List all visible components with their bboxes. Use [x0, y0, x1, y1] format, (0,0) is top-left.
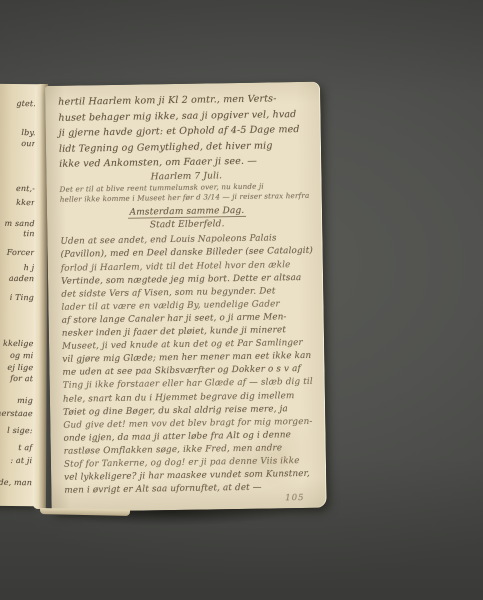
cut-off-text-fragment: ent,- — [16, 184, 35, 193]
handwriting-line: men i øvrigt er Alt saa ufornuftet, at d… — [64, 481, 318, 498]
cut-off-text-fragment: m sand — [5, 219, 35, 228]
cut-off-text-fragment: de, man — [0, 478, 32, 487]
handwritten-text-block: hertil Haarlem kom ji Kl 2 omtr., men Ve… — [45, 82, 327, 512]
cut-off-text-fragment: tin — [23, 229, 34, 238]
cut-off-text-fragment: kker — [16, 198, 35, 207]
cut-off-text-fragment: : at ji — [10, 456, 32, 465]
hotel-heading: Stadt Elberfeld. — [60, 217, 314, 234]
cut-off-text-fragment: og mi — [10, 351, 33, 360]
cut-off-text-fragment: herstaae — [0, 409, 33, 418]
cut-off-text-fragment: kkelige — [3, 339, 34, 348]
cut-off-text-fragment: l sige: — [7, 426, 32, 435]
cut-off-text-fragment: h j — [24, 263, 35, 272]
cut-off-text-fragment: Forcer — [7, 248, 35, 257]
cut-off-text-fragment: mig — [17, 396, 33, 405]
place-heading-text: Amsterdam samme Dag. — [127, 206, 246, 219]
cut-off-text-fragment: t af — [18, 443, 32, 452]
cut-off-text-fragment: lby. — [21, 128, 35, 137]
page-number: 105 — [285, 493, 304, 503]
cut-off-text-fragment: i Ting — [10, 293, 34, 302]
cut-off-text-fragment: our — [21, 139, 35, 148]
photo-backdrop: gtet. lby. our ent,- kker m sand tin For… — [0, 0, 483, 600]
cut-off-text-fragment: for at — [10, 374, 33, 383]
margin-note: Det er til at blive reent tummelumsk ove… — [60, 181, 314, 205]
paragraph-continuation: hertil Haarlem kom ji Kl 2 omtr., men Ve… — [58, 91, 313, 173]
diary-page: hertil Haarlem kom ji Kl 2 omtr., men Ve… — [45, 82, 327, 512]
cut-off-text-fragment: aaden — [9, 274, 34, 283]
cut-off-text-fragment: gtet. — [16, 99, 36, 108]
diary-entry-body: Uden at see andet, end Louis Napoleons P… — [60, 232, 318, 498]
cut-off-text-fragment: ej lige — [7, 363, 33, 372]
